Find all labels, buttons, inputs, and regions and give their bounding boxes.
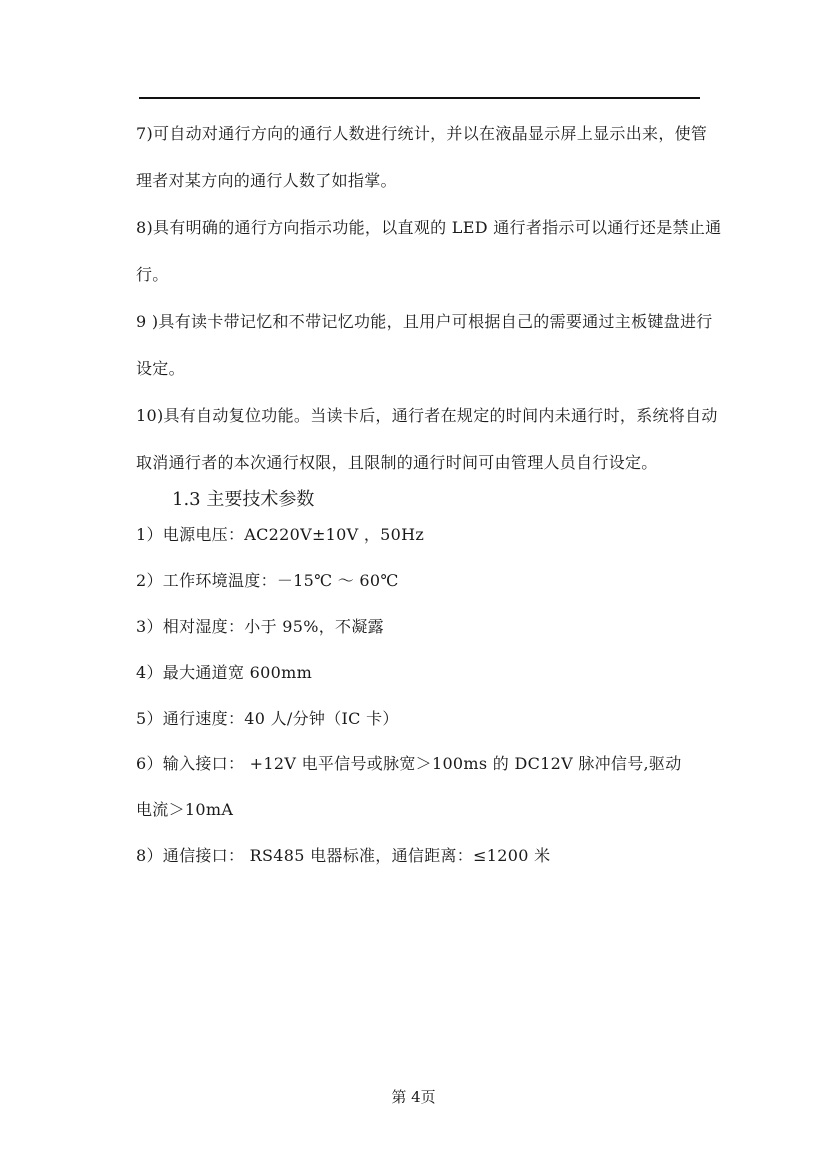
paragraph-8-line-1: 8)具有明确的通行方向指示功能，以直观的 LED 通行者指示可以通行还是禁止通 [136,218,721,238]
paragraph-10-line-1: 10)具有自动复位功能。当读卡后，通行者在规定的时间内未通行时，系统将自动 [136,406,718,426]
paragraph-10-line-2: 取消通行者的本次通行权限，且限制的通行时间可由管理人员自行设定。 [136,453,658,473]
section-heading: 1.3 主要技术参数 [172,489,314,511]
paragraph-8-line-2: 行。 [136,265,169,285]
paragraph-7-line-1: 7)可自动对通行方向的通行人数进行统计，并以在液晶显示屏上显示出来，使管 [136,124,707,144]
paragraph-7-line-2: 理者对某方向的通行人数了如指掌。 [136,171,397,191]
paragraph-9-line-1: 9 )具有读卡带记忆和不带记忆功能，且用户可根据自己的需要通过主板键盘进行 [136,312,713,332]
spec-item-4: 4）最大通道宽 600mm [136,663,312,683]
header-rule [139,97,700,99]
spec-item-6: 6）输入接口： +12V 电平信号或脉宽＞100ms 的 DC12V 脉冲信号,… [136,754,682,774]
spec-item-5: 5）通行速度：40 人/分钟（IC 卡） [136,709,399,729]
spec-item-8: 8）通信接口： RS485 电器标准，通信距离：≤1200 米 [136,846,550,866]
spec-item-3: 3）相对湿度：小于 95%，不凝露 [136,617,384,637]
page-number: 第 4页 [0,1086,827,1107]
spec-item-2: 2）工作环境温度：－15℃ ～ 60℃ [136,571,399,591]
spec-item-1: 1）电源电压：AC220V±10V ，50Hz [136,525,424,545]
paragraph-9-line-2: 设定。 [136,359,185,379]
spec-item-6-continued: 电流＞10mA [136,800,233,820]
